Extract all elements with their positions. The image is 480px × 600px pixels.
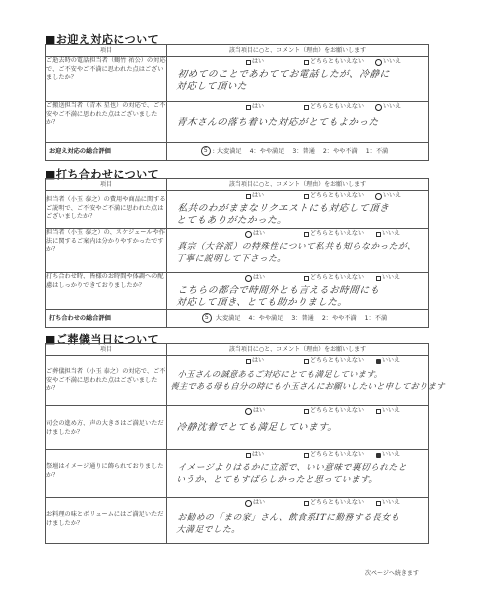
checkbox-icon[interactable] [304, 276, 309, 281]
option-yes[interactable]: はい [246, 102, 304, 112]
handwritten-comment: 真宗（大谷派）の特殊性について私共も知らなかったが、 丁寧に説明して下さった。 [166, 239, 430, 265]
option-neutral[interactable]: どちらともいえない [304, 406, 376, 416]
circled-checkbox-icon[interactable] [375, 59, 382, 66]
rating-4[interactable]: 4：やや満足 [249, 315, 284, 322]
checkbox-icon[interactable] [304, 409, 309, 414]
question-text: ご葬儀担当者（小玉 泰之）の対応で、ご不安やご不満に思われた点はございましたか？ [46, 356, 167, 406]
option-neutral[interactable]: どちらともいえない [304, 498, 376, 508]
handwritten-comment: こちらの都合で時間外とも言えるお時間にも 対応して頂き、とても助かりました。 [166, 283, 430, 309]
option-neutral[interactable]: どちらともいえない [304, 356, 376, 366]
column-header-comment: 該当項目に○と、コメント（理由）をお願いします [167, 344, 429, 356]
summary-label: 打ち合わせの総合評価 [46, 310, 167, 328]
handwritten-comment: 私共のわがままなリクエストにも対応して頂き とてもありがたかった。 [166, 201, 430, 227]
answer-options: はい どちらともいえない いいえ [167, 102, 428, 112]
rating-3[interactable]: 3：普通 [292, 148, 315, 155]
table-row: お料理の味とボリュームにはご満足いただけましたか？ はい どちらともいえない い… [46, 498, 429, 544]
summary-row: 打ち合わせの総合評価 5 大変満足 4：やや満足 3：普通 2：やや不満 1：不… [46, 310, 429, 328]
answer-options: はい どちらともいえない いいえ [167, 498, 428, 508]
rating-2[interactable]: 2：やや不満 [322, 315, 357, 322]
rating-scale: 5: 大変満足 4：やや満足 3：普通 2：やや不満 1：不満 [167, 143, 429, 161]
table-row: ご逝去時の電話担当者（鶴竹 祐公）の対応で、ご不安やご不満に思われた点はございま… [46, 57, 429, 102]
answer-options: はい どちらともいえない いいえ [167, 450, 428, 460]
question-text: 担当者（小玉 泰之）の、スケジュールや作法に関するご案内は分かりやすかったですか… [46, 229, 167, 273]
option-neutral[interactable]: どちらともいえない [304, 57, 376, 67]
checkbox-icon[interactable] [246, 105, 251, 110]
funeral-day-table: 項目 該当項目に○と、コメント（理由）をお願いします ご葬儀担当者（小玉 泰之）… [45, 343, 429, 544]
option-yes[interactable]: はい [246, 229, 304, 239]
rating-scale: 5 大変満足 4：やや満足 3：普通 2：やや不満 1：不満 [167, 310, 429, 328]
table-row: 打ち合わせ時、皆様のお時間や体調への配慮はしっかりできておりましたか？ はい ど… [46, 273, 429, 310]
answer-options: はい どちらともいえない いいえ [167, 406, 428, 416]
rating-3[interactable]: 3：普通 [291, 315, 314, 322]
table-row: 祭壇はイメージ通りに飾られておりましたか？ はい どちらともいえない いいえ イ… [46, 450, 429, 498]
checkbox-icon[interactable] [246, 60, 251, 65]
handwritten-comment: 初めてのことであわててお電話したが、冷静に 対応して頂いた [166, 67, 430, 93]
rating-4[interactable]: 4：やや満足 [250, 148, 285, 155]
checkbox-icon[interactable] [304, 60, 309, 65]
answer-options: はい どちらともいえない いいえ [167, 229, 428, 239]
answer-cell: はい どちらともいえない いいえ お勧めの「まの家」さん、飲食系ITに勤務する長… [167, 498, 429, 544]
answer-options: はい どちらともいえない いいえ [167, 356, 428, 366]
meeting-table: 項目 該当項目に○と、コメント（理由）をお願いします 担当者（小玉 泰之）の費用… [45, 178, 429, 328]
rating-1[interactable]: 1：不満 [366, 148, 389, 155]
answer-options: はい どちらともいえない いいえ [167, 273, 428, 283]
question-text: ご搬送担当者（青木 星也）の対応で、ご不安やご不満に思われた点はございましたか？ [46, 102, 167, 143]
question-text: 担当者（小玉 泰之）の費用や商品に関するご説明で、ご不安やご不満に思われた点はご… [46, 191, 167, 229]
column-header-item: 項目 [46, 344, 167, 356]
option-neutral[interactable]: どちらともいえない [304, 229, 376, 239]
rating-5[interactable]: 5 大変満足 [202, 315, 241, 322]
answer-cell: はい どちらともいえない いいえ 真宗（大谷派）の特殊性について私共も知らなかっ… [167, 229, 429, 273]
summary-row: お迎え対応の総合評価 5: 大変満足 4：やや満足 3：普通 2：やや不満 1：… [46, 143, 429, 161]
table-row: 担当者（小玉 泰之）の費用や商品に関するご説明で、ご不安やご不満に思われた点はご… [46, 191, 429, 229]
table-row: 司会の進め方、声の大きさはご満足いただけましたか？ はい どちらともいえない い… [46, 406, 429, 450]
checkbox-icon[interactable] [304, 105, 309, 110]
checkbox-icon[interactable] [376, 409, 381, 414]
option-yes[interactable]: はい [246, 191, 304, 201]
checkbox-icon[interactable] [246, 359, 251, 364]
checkbox-icon[interactable] [246, 194, 251, 199]
circled-checkbox-icon[interactable] [245, 408, 252, 415]
circled-checkbox-icon[interactable] [245, 275, 252, 282]
option-neutral[interactable]: どちらともいえない [304, 273, 376, 283]
question-text: ご逝去時の電話担当者（鶴竹 祐公）の対応で、ご不安やご不満に思われた点はございま… [46, 57, 167, 102]
option-no[interactable]: いいえ [376, 229, 426, 239]
circled-checkbox-icon[interactable] [375, 193, 382, 200]
option-no[interactable]: いいえ [376, 450, 426, 460]
answer-cell: はい どちらともいえない いいえ 青木さんの落ち着いた対応がとてもよかった [167, 102, 429, 143]
circled-checkbox-icon[interactable] [375, 104, 382, 111]
pickup-table: 項目 該当項目に○と、コメント（理由）をお願いします ご逝去時の電話担当者（鶴竹… [45, 44, 429, 161]
filled-checkbox-icon[interactable] [376, 359, 381, 364]
question-text: 司会の進め方、声の大きさはご満足いただけましたか？ [46, 406, 167, 450]
circled-rating-icon: 5 [202, 313, 212, 323]
option-no[interactable]: いいえ [376, 102, 426, 112]
column-header-item: 項目 [46, 179, 167, 191]
checkbox-icon[interactable] [304, 501, 309, 506]
checkbox-icon[interactable] [376, 501, 381, 506]
option-no[interactable]: いいえ [376, 498, 426, 508]
summary-label: お迎え対応の総合評価 [46, 143, 167, 161]
rating-5[interactable]: 5: 大変満足 [201, 148, 242, 155]
rating-2[interactable]: 2：やや不満 [323, 148, 358, 155]
option-no[interactable]: いいえ [376, 406, 426, 416]
table-row: ご搬送担当者（青木 星也）の対応で、ご不安やご不満に思われた点はございましたか？… [46, 102, 429, 143]
circled-checkbox-icon[interactable] [245, 500, 252, 507]
option-yes[interactable]: はい [246, 356, 304, 366]
answer-cell: はい どちらともいえない いいえ 小玉さんの誠意あるご対応にとても満足しています… [167, 356, 429, 406]
table-row: 担当者（小玉 泰之）の、スケジュールや作法に関するご案内は分かりやすかったですか… [46, 229, 429, 273]
answer-cell: はい どちらともいえない いいえ こちらの都合で時間外とも言えるお時間にも 対応… [167, 273, 429, 310]
answer-cell: はい どちらともいえない いいえ 初めてのことであわててお電話したが、冷静に 対… [167, 57, 429, 102]
circled-checkbox-icon[interactable] [245, 231, 252, 238]
continue-next-page-note: 次ページへ続きます [365, 568, 419, 577]
checkbox-icon[interactable] [376, 276, 381, 281]
answer-options: はい どちらともいえない いいえ [167, 57, 428, 67]
question-text: 祭壇はイメージ通りに飾られておりましたか？ [46, 450, 167, 498]
checkbox-icon[interactable] [304, 194, 309, 199]
checkbox-icon[interactable] [376, 232, 381, 237]
option-yes[interactable]: はい [246, 57, 304, 67]
option-no[interactable]: いいえ [376, 356, 426, 366]
handwritten-comment: 冷静沈着でとても満足しています。 [166, 416, 429, 434]
option-no[interactable]: いいえ [376, 57, 426, 67]
option-yes[interactable]: はい [246, 406, 304, 416]
checkbox-icon[interactable] [246, 453, 251, 458]
checkbox-icon[interactable] [304, 453, 309, 458]
question-text: 打ち合わせ時、皆様のお時間や体調への配慮はしっかりできておりましたか？ [46, 273, 167, 310]
column-header-comment: 該当項目に○と、コメント（理由）をお願いします [167, 179, 429, 191]
circled-rating-icon: 5 [201, 146, 211, 156]
rating-1[interactable]: 1：不満 [365, 315, 388, 322]
option-neutral[interactable]: どちらともいえない [304, 450, 376, 460]
option-neutral[interactable]: どちらともいえない [304, 191, 376, 201]
column-header-comment: 該当項目に○と、コメント（理由）をお願いします [167, 45, 429, 57]
option-no[interactable]: いいえ [376, 191, 426, 201]
option-no[interactable]: いいえ [376, 273, 426, 283]
answer-cell: はい どちらともいえない いいえ 冷静沈着でとても満足しています。 [167, 406, 429, 450]
question-text: お料理の味とボリュームにはご満足いただけましたか？ [46, 498, 167, 544]
option-neutral[interactable]: どちらともいえない [304, 102, 376, 112]
option-yes[interactable]: はい [246, 273, 304, 283]
handwritten-comment: お勧めの「まの家」さん、飲食系ITに勤務する長女も 大満足でした。 [166, 508, 430, 536]
option-yes[interactable]: はい [246, 498, 304, 508]
handwritten-comment: 小玉さんの誠意あるご対応にとても満足しています。 喪主である母も自分の時にも小玉… [166, 366, 430, 392]
answer-options: はい どちらともいえない いいえ [167, 191, 428, 201]
filled-checkbox-icon[interactable] [376, 453, 381, 458]
column-header-item: 項目 [46, 45, 167, 57]
handwritten-comment: イメージよりはるかに立派で、いい意味で裏切られたと いうか、とてもすばらしかった… [166, 460, 430, 486]
answer-cell: はい どちらともいえない いいえ 私共のわがままなリクエストにも対応して頂き と… [167, 191, 429, 229]
answer-cell: はい どちらともいえない いいえ イメージよりはるかに立派で、いい意味で裏切られ… [167, 450, 429, 498]
handwritten-comment: 青木さんの落ち着いた対応がとてもよかった [166, 112, 429, 129]
checkbox-icon[interactable] [304, 359, 309, 364]
checkbox-icon[interactable] [304, 232, 309, 237]
table-row: ご葬儀担当者（小玉 泰之）の対応で、ご不安やご不満に思われた点はございましたか？… [46, 356, 429, 406]
option-yes[interactable]: はい [246, 450, 304, 460]
